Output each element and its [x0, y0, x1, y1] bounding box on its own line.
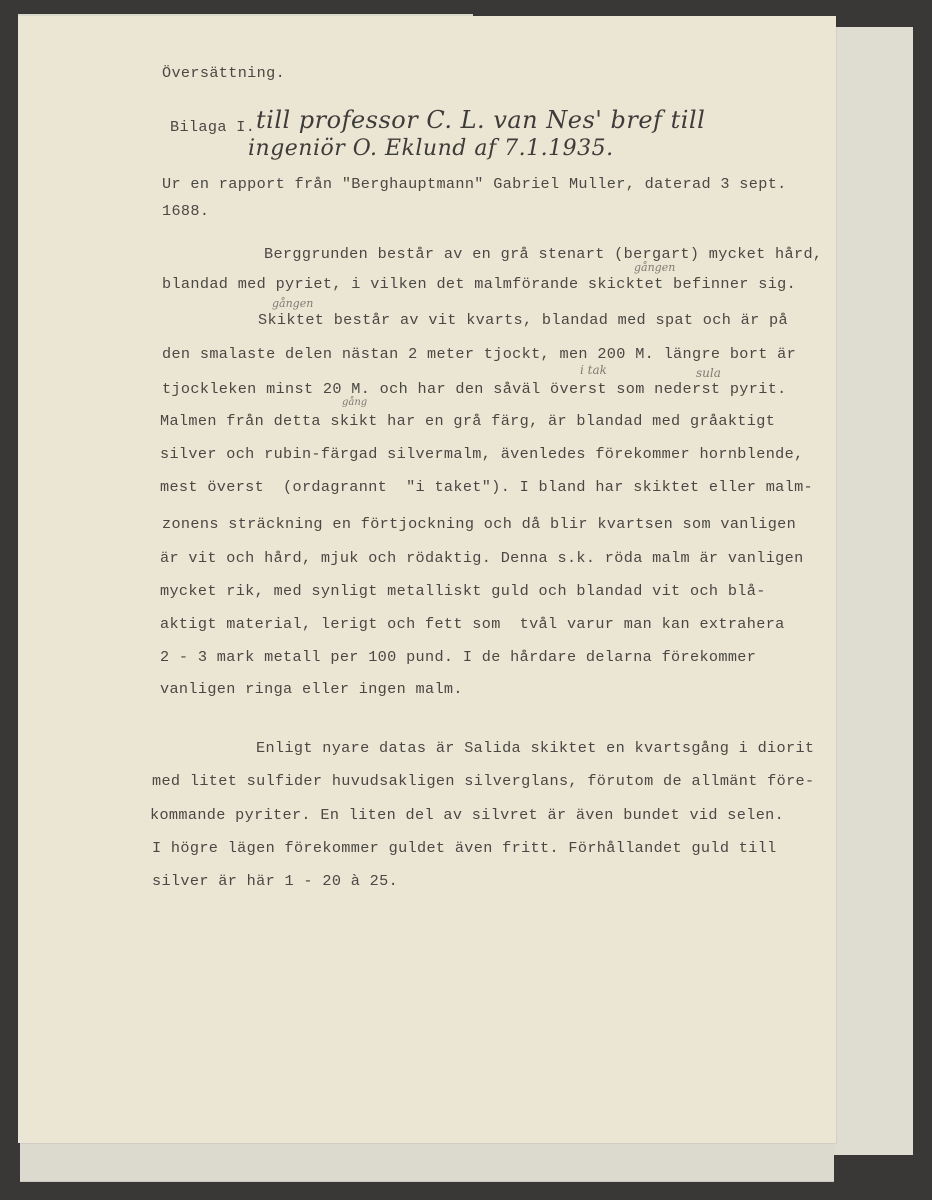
text-line: med litet sulfider huvudsakligen silverg… [152, 774, 814, 789]
back-sheet-bottom [20, 1140, 834, 1182]
text-line: silver och rubin-färgad silvermalm, även… [160, 447, 804, 462]
pencil-annotation-gangen: gången [634, 262, 675, 273]
handwritten-header-line1: till professor C. L. van Nes' bref till [256, 108, 705, 132]
text-line: I högre lägen förekommer guldet även fri… [152, 841, 777, 856]
pencil-annotation-sula: sula [696, 367, 721, 379]
text-line: 2 - 3 mark metall per 100 pund. I de hår… [160, 650, 756, 665]
text-line: tjockleken minst 20 M. och har den såväl… [162, 382, 787, 397]
text-line: Berggrunden består av en grå stenart (be… [264, 247, 822, 262]
text-line: zonens sträckning en förtjockning och då… [162, 517, 796, 532]
text-line: aktigt material, lerigt och fett som två… [160, 617, 785, 632]
pencil-annotation-gang: gång [342, 398, 367, 408]
text-line: silver är här 1 - 20 à 25. [152, 874, 398, 889]
text-line: mycket rik, med synligt metalliskt guld … [160, 584, 766, 599]
document-heading: Översättning. [162, 66, 285, 81]
pencil-annotation-i-tak: i tak [580, 364, 607, 376]
intro-line-1: Ur en rapport från "Berghauptmann" Gabri… [162, 177, 787, 192]
text-line: Enligt nyare datas är Salida skiktet en … [256, 741, 814, 756]
text-line: Malmen från detta skikt har en grå färg,… [160, 414, 775, 429]
text-line: Skiktet består av vit kvarts, blandad me… [258, 313, 788, 328]
handwritten-header-line2: ingeniör O. Eklund af 7.1.1935. [248, 138, 614, 160]
text-line: vanligen ringa eller ingen malm. [160, 682, 463, 697]
text-line: mest överst (ordagrannt "i taket"). I bl… [160, 480, 813, 495]
text-line: den smalaste delen nästan 2 meter tjockt… [162, 347, 796, 362]
pencil-annotation-gangen: gången [272, 298, 313, 309]
text-line: är vit och hård, mjuk och rödaktig. Denn… [160, 551, 804, 566]
text-line: kommande pyriter. En liten del av silvre… [150, 808, 784, 823]
bilaga-label: Bilaga I. [170, 120, 255, 135]
intro-line-2: 1688. [162, 204, 209, 219]
text-line: blandad med pyriet, i vilken det malmför… [162, 277, 796, 292]
